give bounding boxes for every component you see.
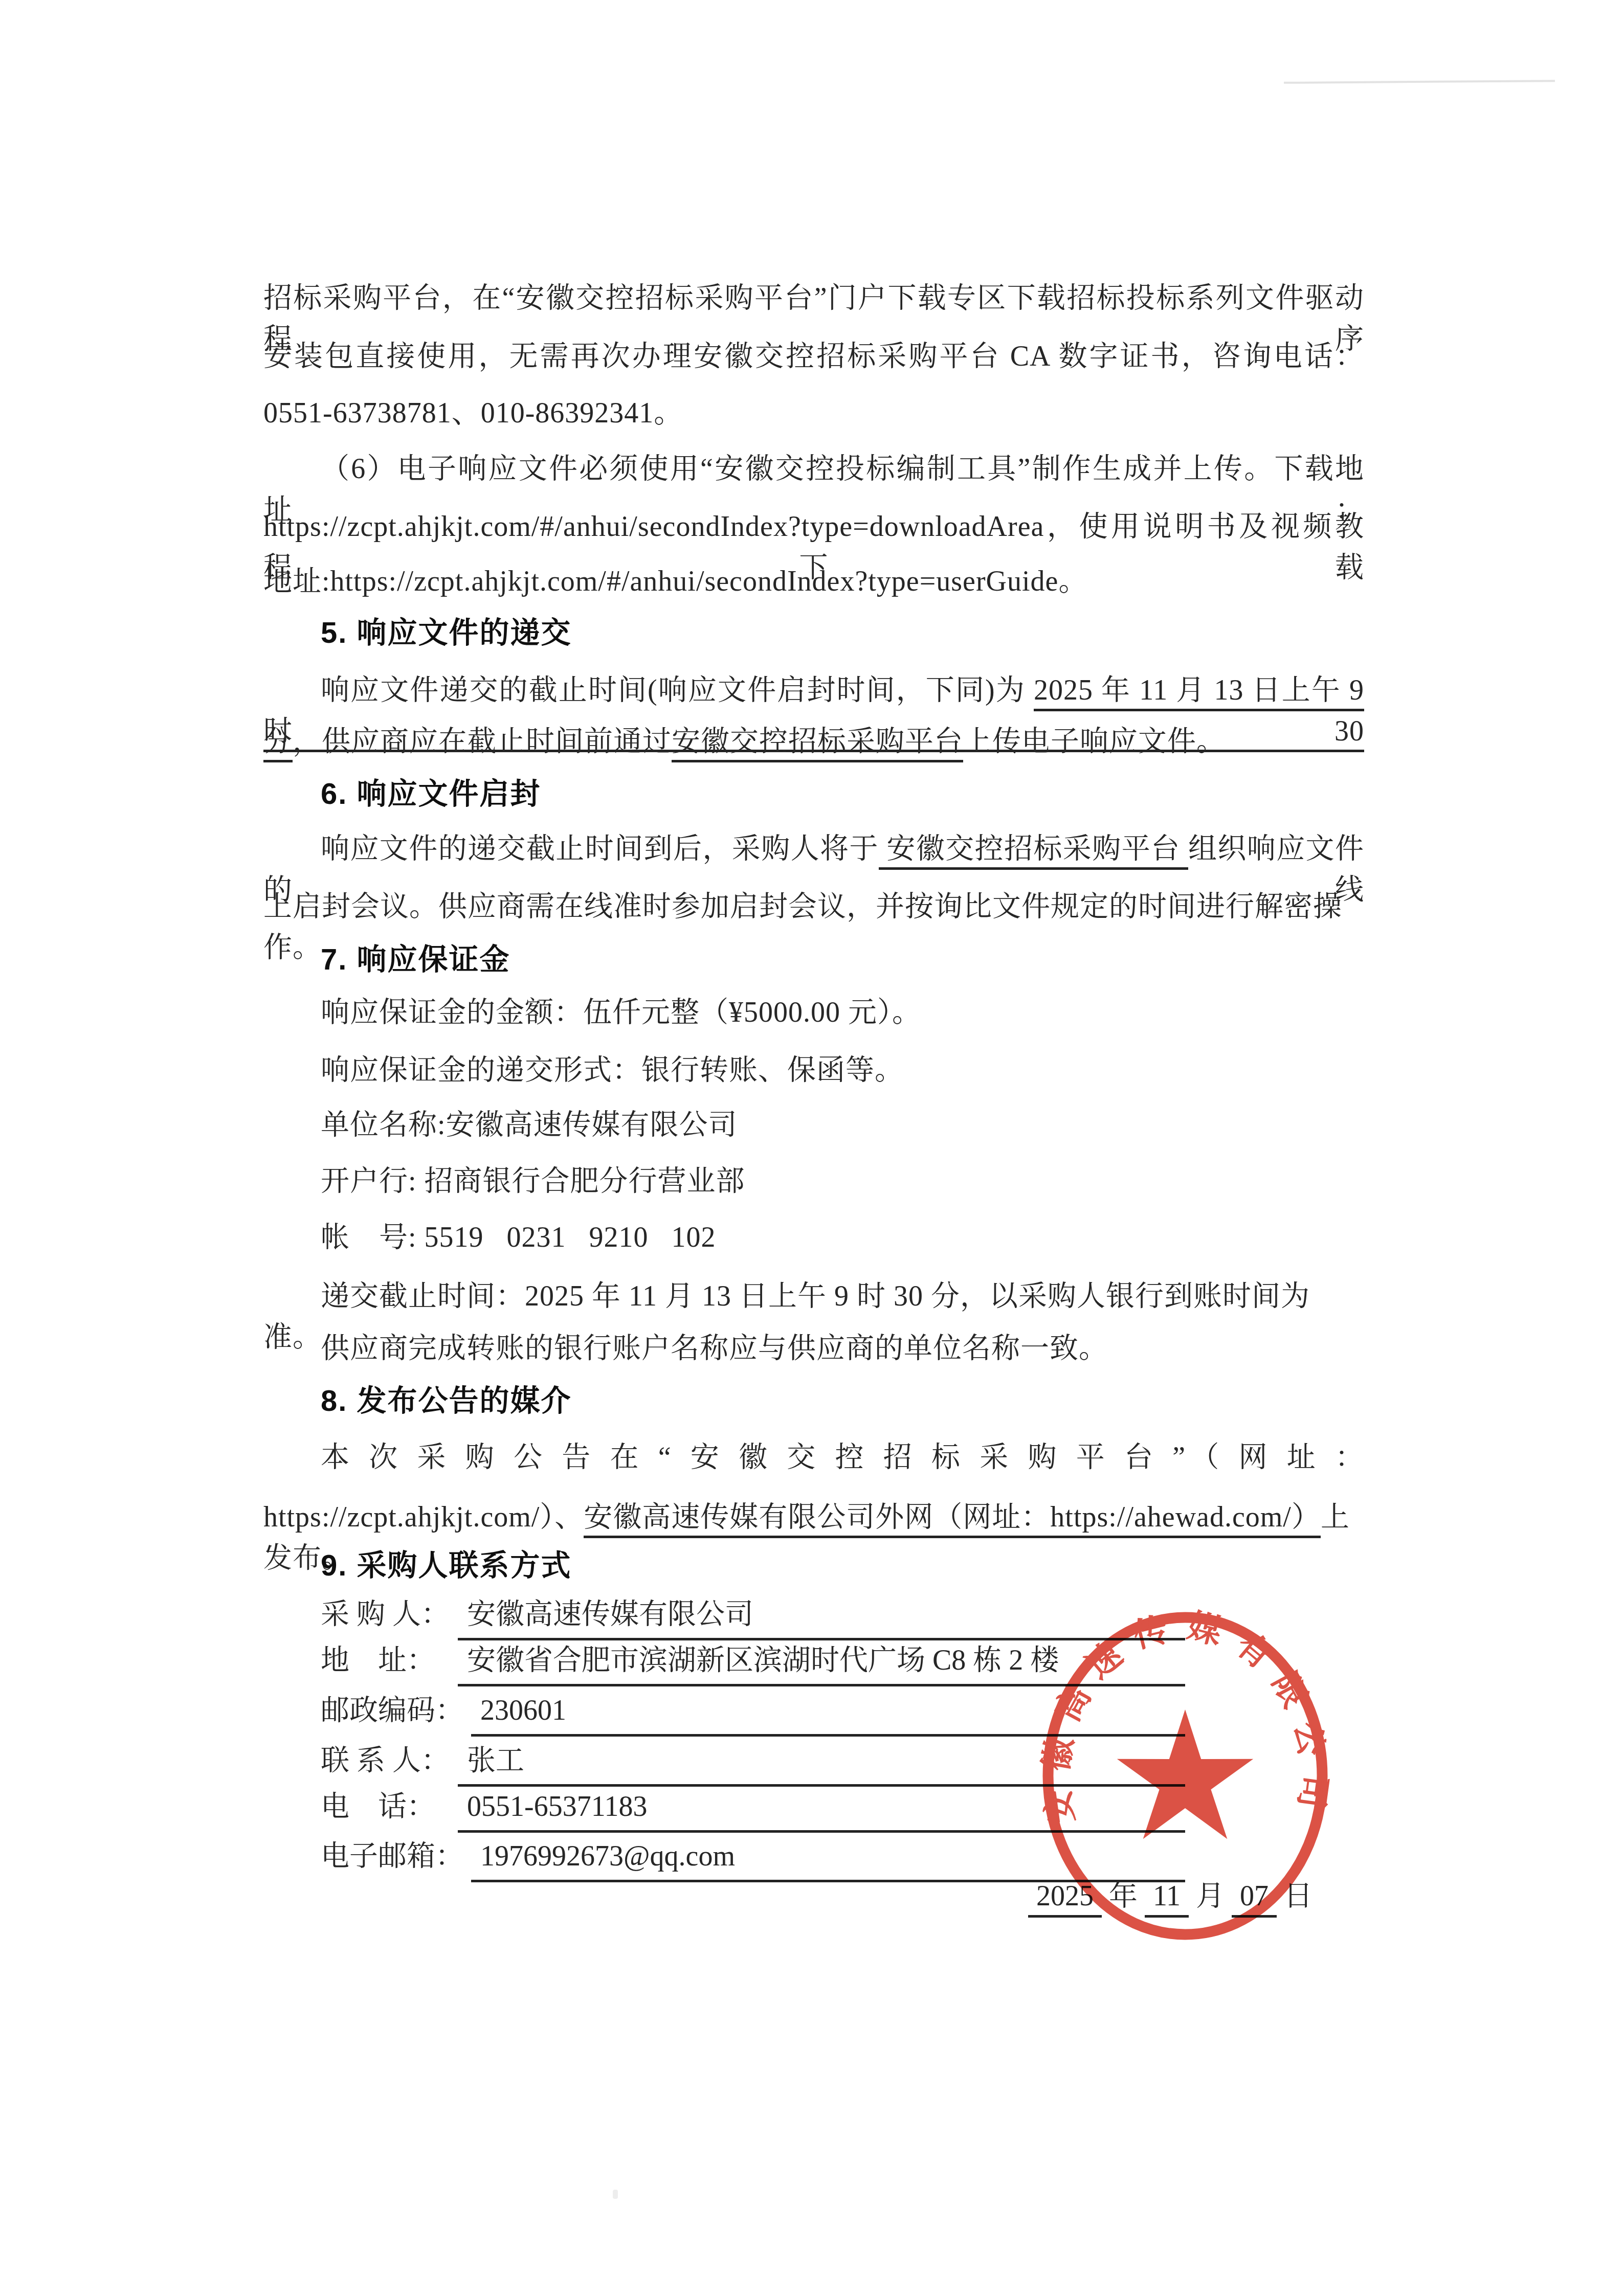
contact-label: 电 话：	[321, 1786, 458, 1827]
platform-url: https://zcpt.ahjkjt.com/）、	[263, 1501, 584, 1533]
body-line: 安装包直接使用，无需再次办理安徽交控招标采购平台 CA 数字证书，咨询电话：	[263, 336, 1364, 377]
contact-label: 采 购 人：	[321, 1594, 458, 1635]
date-day-unit: 日	[1277, 1880, 1312, 1912]
contact-row-address: 地 址： 安徽省合肥市滨湖新区滨湖时代广场 C8 栋 2 楼	[321, 1640, 1185, 1686]
contact-row-purchaser: 采 购 人： 安徽高速传媒有限公司	[321, 1594, 1185, 1640]
contact-label: 邮政编码：	[321, 1690, 471, 1731]
section-heading-9: 9. 采购人联系方式	[263, 1545, 1421, 1586]
body-line: 分，供应商应在截止时间前通过安徽交控招标采购平台上传电子响应文件。	[263, 721, 1364, 762]
platform-name-underlined: 安徽交控招标采购平台	[672, 726, 963, 762]
scan-smudge	[613, 2190, 618, 2199]
section-heading-7: 7. 响应保证金	[263, 939, 1421, 980]
body-line-userguide-url: 地址:https://zcpt.ahjkjt.com/#/anhui/secon…	[263, 561, 1364, 602]
date-day-underlined: 07	[1232, 1880, 1277, 1918]
body-line-announcement: 本次采购公告在“安徽交控招标采购平台”（网址：	[263, 1437, 1364, 1478]
body-line-bank: 开户行: 招商银行合肥分行营业部	[263, 1161, 1364, 1202]
section-heading-5: 5. 响应文件的递交	[263, 613, 1421, 654]
scanned-document-page: 招标采购平台，在“安徽交控招标采购平台”门户下载专区下载招标投标系列文件驱动程序…	[0, 0, 1624, 2296]
date-month-unit: 月	[1189, 1880, 1232, 1912]
scan-artifact-line	[1284, 80, 1555, 84]
contact-value-underlined: 张工	[458, 1740, 1185, 1787]
contact-value-underlined: 230601	[471, 1690, 1185, 1737]
contact-value-underlined: 安徽省合肥市滨湖新区滨湖时代广场 C8 栋 2 楼	[458, 1640, 1185, 1686]
date-year-unit: 年	[1102, 1880, 1145, 1912]
body-text: 上传电子响应文件。	[963, 726, 1226, 757]
body-line-phone-numbers: 0551-63738781、010-86392341。	[263, 393, 1364, 434]
contact-row-phone: 电 话： 0551-65371183	[321, 1786, 1185, 1833]
section-heading-6: 6. 响应文件启封	[263, 774, 1421, 815]
contact-value-underlined: 安徽高速传媒有限公司	[458, 1594, 1185, 1640]
deadline-text: 响应文件递交的截止时间(响应文件启封时间，下同)为	[321, 674, 1034, 706]
body-line-account-match: 供应商完成转账的银行账户名称应与供应商的单位名称一致。	[263, 1328, 1364, 1369]
contact-row-postcode: 邮政编码： 230601	[321, 1690, 1185, 1737]
platform-name-underlined: 安徽交控招标采购平台	[879, 833, 1188, 870]
body-line-account-number: 帐 号: 5519 0231 9210 102	[263, 1217, 1364, 1258]
contact-label: 电子邮箱：	[321, 1836, 471, 1877]
date-year-underlined: 2025	[1028, 1880, 1102, 1918]
contact-label: 联 系 人：	[321, 1740, 458, 1781]
contact-row-contact-person: 联 系 人： 张工	[321, 1740, 1185, 1787]
body-line-unit-name: 单位名称:安徽高速传媒有限公司	[263, 1105, 1364, 1145]
company-site-underlined: 安徽高速传媒有限公司外网（网址：https://ahewad.com/）	[584, 1501, 1321, 1538]
contact-label: 地 址：	[321, 1640, 458, 1681]
body-line-deposit-amount: 响应保证金的金额：伍仟元整（¥5000.00 元）。	[263, 992, 1364, 1033]
section-heading-8: 8. 发布公告的媒介	[263, 1381, 1421, 1422]
deadline-minute-underlined: 分	[263, 726, 293, 762]
signature-date: 2025 年 11 月 07 日	[1028, 1876, 1312, 1917]
contact-value-underlined: 0551-65371183	[458, 1786, 1185, 1833]
date-month-underlined: 11	[1145, 1880, 1189, 1918]
body-text: 响应文件的递交截止时间到后，采购人将于	[321, 833, 879, 865]
body-line-deposit-form: 响应保证金的递交形式：银行转账、保函等。	[263, 1050, 1364, 1091]
body-text: ，供应商应在截止时间前通过	[293, 726, 672, 757]
